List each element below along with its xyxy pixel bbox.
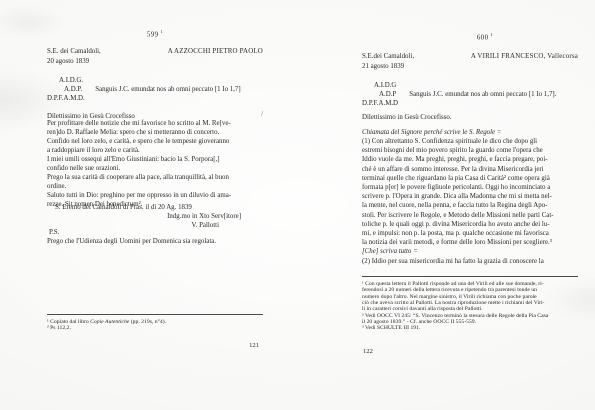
letter-line: ché è un affare di sommo interesse. Per … xyxy=(362,165,578,174)
folio-header: 599 1 xyxy=(47,27,263,39)
footnote-rule xyxy=(47,314,263,315)
letter-line: (2) Iddio per sua misericordia mi ha fat… xyxy=(362,257,578,266)
letter-line: a raddoppiare il loro zelo e carità. xyxy=(47,146,263,155)
letter-body: (1) Con altrettanto S. Confidenza spirit… xyxy=(362,137,578,247)
letter-line: confido nelle sue orazioni. xyxy=(47,164,263,173)
page-right: 600 1 S.E.dei Camaldoli, 21 agosto 1839 … xyxy=(362,0,578,410)
footnote-book-title: Copie Autentiche xyxy=(90,319,129,325)
letter-line: la mente, nel cuore, nella penna, e facc… xyxy=(362,201,578,210)
folio-number: 600 xyxy=(477,34,489,41)
invocation-motto: Sanguis J.C. emundat nos ab omni peccato… xyxy=(409,91,556,98)
invocation-siglum: A.D.P. xyxy=(64,86,82,93)
letter-line: toliche p. le quali oggi p. divina Miser… xyxy=(362,220,578,229)
postscript-text: Prego che l'Udienza degli Uomini per Dom… xyxy=(47,237,263,246)
letter-line: ren]do D. Raffaele Melia: spero che si m… xyxy=(47,128,263,137)
footnotes: ¹ Con questa lettera il Pallotti rispond… xyxy=(362,281,578,332)
invocation-line-1: A.I.D.G xyxy=(374,81,578,90)
letter-line: formata p[er] le povere figliuole perico… xyxy=(362,183,578,192)
letter-line: Iddio vuole da me. Ma preghi, preghi, pr… xyxy=(362,155,578,164)
invocation: A.I.D.G. A.D.P.Sanguis J.C. emundat nos … xyxy=(47,76,263,104)
letter-line: estremi bisogni del mio povero spirito l… xyxy=(362,146,578,155)
recipient-line: A VIRILI FRANCESCO, Vallecorsa xyxy=(362,52,578,61)
invocation-siglum: A.D.P xyxy=(379,91,396,98)
folio-header: 600 1 xyxy=(362,30,578,42)
dateline-date: 21 agosto 1839 xyxy=(362,62,578,72)
letter-line: scrivere p. l'Opera in grande. Dica alla… xyxy=(362,192,578,201)
letter-line: Saluto tutti in Dio: preghino per me opp… xyxy=(47,191,263,200)
letter-line: Per profittare delle notizie che mi favo… xyxy=(47,119,263,128)
letter-line: Confido nel loro zelo, e carità, e spero… xyxy=(47,137,263,146)
folio-note-ref: 1 xyxy=(491,32,494,37)
page-left: 599 1 S.E. dei Camaldoli, 20 agosto 1839… xyxy=(47,0,263,410)
letter-line: I miei umili ossequi all'Emo Giustiniani… xyxy=(47,155,263,164)
footnotes: ¹ Copiato dal libro Copie Autentiche (pp… xyxy=(47,319,263,332)
footnote-line: ³ Vedi SCHULTE III 191. xyxy=(362,325,578,331)
closing-dateline: S. Eremo dei Camaldoli di Fras. il dì 20… xyxy=(47,203,263,212)
footnote-text: ¹ Copiato dal libro xyxy=(47,319,90,325)
margin-mark: / xyxy=(47,110,263,119)
folio-number: 599 xyxy=(147,31,159,38)
letter-body: (2) Iddio per sua misericordia mi ha fat… xyxy=(362,257,578,266)
invocation-line-3: D.P.F.A.M.D xyxy=(362,99,578,108)
salutation-line: Dilettissimo in Gesù Crocefisso. xyxy=(362,113,578,122)
letter-line: mi, e impulsi: non p. la posta, ma p. qu… xyxy=(362,229,578,238)
page-number: 121 xyxy=(47,341,263,350)
folio-note-ref: 1 xyxy=(161,29,164,34)
footnote-text: (pp. 219s, n°4). xyxy=(129,319,166,325)
invocation-line-1: A.I.D.G. xyxy=(59,76,263,85)
letter-line: Prego la sua carità di cooperare alla pa… xyxy=(47,173,263,182)
invocation-motto: Sanguis J.C. emundat nos ab omni peccato… xyxy=(95,86,240,93)
invocation: A.I.D.G A.D.PSanguis J.C. emundat nos ab… xyxy=(362,81,578,109)
book-spread-scan: 599 1 S.E. dei Camaldoli, 20 agosto 1839… xyxy=(0,0,595,410)
letter-line: terminai quelle che riguardano la pia Ca… xyxy=(362,174,578,183)
page-number: 122 xyxy=(362,347,578,356)
invocation-line-2: A.D.P.Sanguis J.C. emundat nos ab omni p… xyxy=(64,85,263,94)
invocation-line-2: A.D.PSanguis J.C. emundat nos ab omni pe… xyxy=(379,90,578,99)
marginal-heading: Chiamata del Signore perché scrive le S.… xyxy=(362,128,578,137)
invocation-line-3: D.P.F.A.M.D. xyxy=(47,94,263,103)
dateline-date: 20 agosto 1839 xyxy=(47,57,263,67)
marginal-heading: [Che] scriva tutto = xyxy=(362,247,578,256)
letter-line: ordine. xyxy=(47,182,263,191)
letter-line: stoli. Per iscrivere le Regole, e Metodo… xyxy=(362,211,578,220)
footnote-line: ² Ps 112,2. xyxy=(47,325,263,331)
letter-body: Per profittare delle notizie che mi favo… xyxy=(47,119,263,209)
recipient-line: A AZZOCCHI PIETRO PAOLO xyxy=(47,47,263,56)
letter-line: (1) Con altrettanto S. Confidenza spirit… xyxy=(362,137,578,146)
footnote-rule xyxy=(362,276,578,277)
